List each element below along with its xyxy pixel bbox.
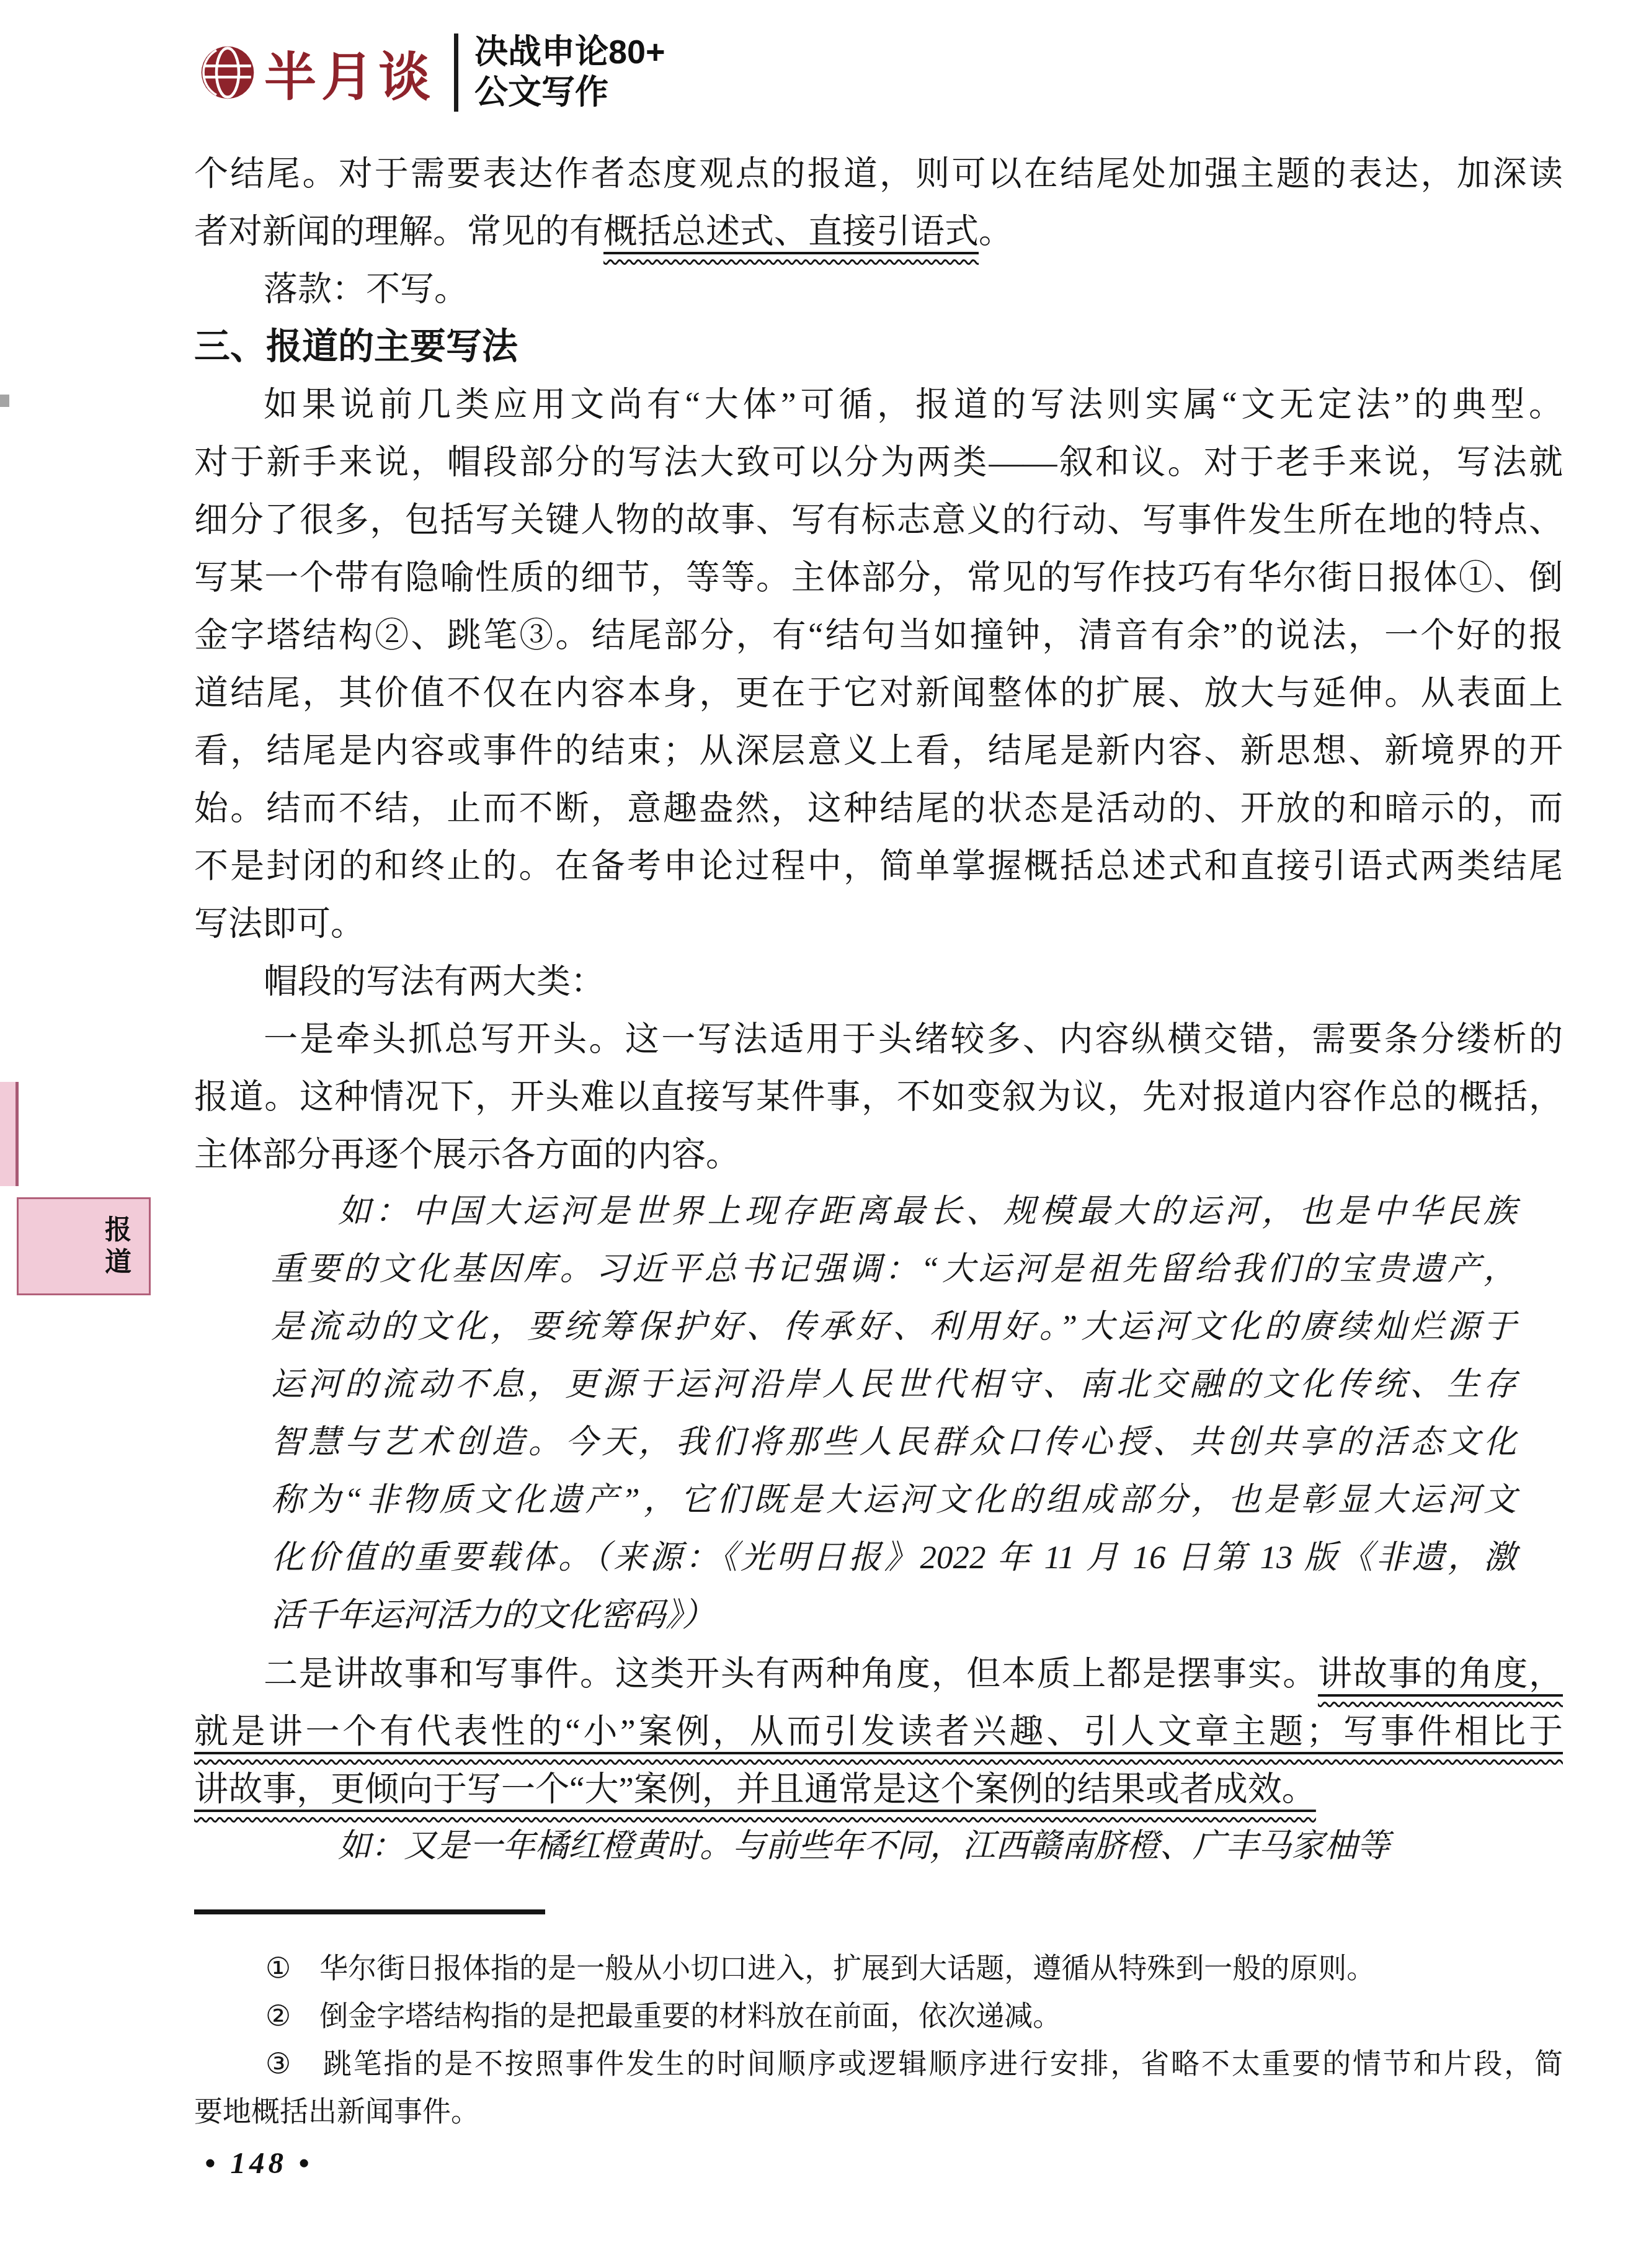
text-line: 是流动的文化，要统筹保护好、传承好、利用好。”大运河文化的赓续灿烂源于 [271,1298,1516,1356]
text-segment: 者对新闻的理解。常见的有 [194,212,603,250]
text-line: 不是封闭的和终止的。在备考申论过程中，简单掌握概括总述式和直接引语式两类结尾 [194,837,1563,895]
section-title: 公文写作 [474,73,665,113]
header-titles: 决战申论80+ 公文写作 [474,32,665,113]
example-canal: 如：中国大运河是世界上现存距离最长、规模最大的运河，也是中华民族重要的文化基因库… [194,1183,1563,1645]
banyuetan-globe-icon [200,45,256,100]
text-segment: 。 [979,212,1013,250]
text-segment: 细分了很多，包括写关键人物的故事、写有标志意义的行动、写事件发生所在地的特点、 [194,501,1563,538]
text-segment: 写法即可。 [194,904,365,942]
text-line: 就是讲一个有代表性的“小”案例，从而引发读者兴趣、引人文章主题；写事件相比于 [194,1702,1563,1760]
text-segment: 报道。这种情况下，开头难以直接写某件事，不如变叙为议，先对报道内容作总的概括， [194,1078,1563,1115]
text-line: 三、报道的主要写法 [194,318,1563,375]
text-line: 运河的流动不息，更源于运河沿岸人民世代相守、南北交融的文化传统、生存 [271,1356,1516,1414]
book-page: 半月谈 决战申论80+ 公文写作 报 道 个结尾。对于需要表达作者态度观点的报道… [0,0,1646,2268]
text-segment: 化价值的重要载体。（来源：《光明日报》2022 年 11 月 16 日第 13 … [271,1540,1516,1576]
text-line: 化价值的重要载体。（来源：《光明日报》2022 年 11 月 16 日第 13 … [271,1529,1516,1587]
brand-logo-text: 半月谈 [264,35,435,110]
text-segment: 二是讲故事和写事件。这类开头有两种角度，但本质上都是摆事实。 [264,1654,1318,1692]
text-segment: 智慧与艺术创造。今天，我们将那些人民群众口传心授、共创共享的活态文化 [271,1424,1516,1460]
emphasized-text: 就是讲一个有代表性的“小”案例，从而引发读者兴趣、引人文章主题；写事件相比于 [194,1712,1563,1750]
text-segment: ① 华尔街日报体指的是一般从小切口进入，扩展到大话题，遵循从特殊到一般的原则。 [265,1952,1375,1984]
text-segment: 写某一个带有隐喻性质的细节，等等。主体部分，常见的写作技巧有华尔街日报体①、倒 [194,558,1563,596]
text-line: 要地概括出新闻事件。 [194,2087,1563,2135]
text-segment: 金字塔结构②、跳笔③。结尾部分，有“结句当如撞钟，清音有余”的说法，一个好的报 [194,616,1563,654]
para-opening: 个结尾。对于需要表达作者态度观点的报道，则可以在结尾处加强主题的表达，加深读者对… [194,145,1563,318]
page-number: • 148 • [205,2145,313,2181]
text-line: 细分了很多，包括写关键人物的故事、写有标志意义的行动、写事件发生所在地的特点、 [194,491,1563,548]
text-segment: 始。结而不结，止而不断，意趣盎然，这种结尾的状态是活动的、开放的和暗示的，而 [194,789,1563,827]
text-segment: 如果说前几类应用文尚有“大体”可循，报道的写法则实属“文无定法”的典型。 [264,385,1563,423]
para-type-two: 二是讲故事和写事件。这类开头有两种角度，但本质上都是摆事实。讲故事的角度，就是讲… [194,1645,1563,1818]
text-segment: 活千年运河活力的文化密码》） [271,1597,715,1633]
text-segment: 运河的流动不息，更源于运河沿岸人民世代相守、南北交融的文化传统、生存 [271,1367,1516,1403]
footnote-separator [194,1909,545,1914]
text-line: 始。结而不结，止而不断，意趣盎然，这种结尾的状态是活动的、开放的和暗示的，而 [194,779,1563,837]
para-writing-methods: 如果说前几类应用文尚有“大体”可循，报道的写法则实属“文无定法”的典型。对于新手… [194,375,1563,952]
text-segment: 称为“非物质文化遗产”，它们既是大运河文化的组成部分，也是彰显大运河文 [271,1482,1516,1518]
text-line: 如：又是一年橘红橙黄时。与前些年不同，江西赣南脐橙、广丰马家柚等 [271,1818,1516,1875]
emphasized-text: 讲故事，更倾向于写一个“大”案例，并且通常是这个案例的结果或者成效。 [194,1770,1316,1808]
text-line: 主体部分再逐个展示各方面的内容。 [194,1125,1563,1183]
text-segment: 一是牵头抓总写开头。这一写法适用于头绪较多、内容纵横交错，需要条分缕析的 [264,1020,1563,1058]
text-segment: 个结尾。对于需要表达作者态度观点的报道，则可以在结尾处加强主题的表达，加深读 [194,154,1563,192]
para-two-types: 帽段的写法有两大类： [194,952,1563,1010]
text-line: 道结尾，其价值不仅在内容本身，更在于它对新闻整体的扩展、放大与延伸。从表面上 [194,664,1563,721]
text-line: 称为“非物质文化遗产”，它们既是大运河文化的组成部分，也是彰显大运河文 [271,1471,1516,1529]
emphasized-text: 讲故事的角度， [1318,1654,1563,1692]
text-line: 看，结尾是内容或事件的结束；从深层意义上看，结尾是新内容、新思想、新境界的开 [194,721,1563,779]
text-line: 活千年运河活力的文化密码》） [271,1587,1516,1645]
text-line: 智慧与艺术创造。今天，我们将那些人民群众口传心授、共创共享的活态文化 [271,1414,1516,1471]
tab-char: 报 [105,1214,131,1246]
section-heading: 三、报道的主要写法 [194,318,1563,375]
text-line: 报道。这种情况下，开头难以直接写某件事，不如变叙为议，先对报道内容作总的概括， [194,1068,1563,1125]
text-line: 落款：不写。 [194,260,1563,318]
header-divider [454,33,458,112]
text-segment: 落款：不写。 [264,270,468,308]
text-segment: 看，结尾是内容或事件的结束；从深层意义上看，结尾是新内容、新思想、新境界的开 [194,731,1563,769]
text-line: 如：中国大运河是世界上现存距离最长、规模最大的运河，也是中华民族 [271,1183,1516,1241]
text-segment: 如：中国大运河是世界上现存距离最长、规模最大的运河，也是中华民族 [338,1194,1516,1230]
para-type-one: 一是牵头抓总写开头。这一写法适用于头绪较多、内容纵横交错，需要条分缕析的报道。这… [194,1010,1563,1183]
page-header: 半月谈 决战申论80+ 公文写作 [200,32,665,113]
text-line: 如果说前几类应用文尚有“大体”可循，报道的写法则实属“文无定法”的典型。 [194,375,1563,433]
text-segment: 要地概括出新闻事件。 [194,2095,479,2127]
text-line: 讲故事，更倾向于写一个“大”案例，并且通常是这个案例的结果或者成效。 [194,1760,1563,1818]
text-line: ① 华尔街日报体指的是一般从小切口进入，扩展到大话题，遵循从特殊到一般的原则。 [194,1944,1563,1992]
text-segment: ③ 跳笔指的是不按照事件发生的时间顺序或逻辑顺序进行安排，省略不太重要的情节和片… [265,2047,1563,2079]
text-segment: 如：又是一年橘红橙黄时。与前些年不同，江西赣南脐橙、广丰马家柚等 [338,1828,1390,1864]
text-line: 金字塔结构②、跳笔③。结尾部分，有“结句当如撞钟，清音有余”的说法，一个好的报 [194,606,1563,664]
chapter-tab-strip [0,1082,19,1186]
emphasized-text-inner: 讲故事的角度， [1318,1654,1563,1692]
text-segment: 三、报道的主要写法 [194,326,518,367]
document-body: 个结尾。对于需要表达作者态度观点的报道，则可以在结尾处加强主题的表达，加深读者对… [194,145,1563,1875]
text-segment: 不是封闭的和终止的。在备考申论过程中，简单掌握概括总述式和直接引语式两类结尾 [194,847,1563,885]
text-segment: 是流动的文化，要统筹保护好、传承好、利用好。”大运河文化的赓续灿烂源于 [271,1309,1516,1345]
text-segment: 重要的文化基因库。习近平总书记强调：“大运河是祖先留给我们的宝贵遗产， [271,1251,1516,1287]
emphasized-text: 概括总述式、直接引语式 [603,212,979,250]
chapter-tab-baodao: 报 道 [17,1197,151,1295]
text-line: 写某一个带有隐喻性质的细节，等等。主体部分，常见的写作技巧有华尔街日报体①、倒 [194,548,1563,606]
text-line: 者对新闻的理解。常见的有概括总述式、直接引语式。 [194,202,1563,260]
text-line: ② 倒金字塔结构指的是把最重要的材料放在前面，依次递减。 [194,1992,1563,2040]
text-line: 一是牵头抓总写开头。这一写法适用于头绪较多、内容纵横交错，需要条分缕析的 [194,1010,1563,1068]
text-segment: ② 倒金字塔结构指的是把最重要的材料放在前面，依次递减。 [265,1999,1061,2032]
text-line: 对于新手来说，帽段部分的写法大致可以分为两类——叙和议。对于老手来说，写法就 [194,433,1563,491]
text-segment: 帽段的写法有两大类： [264,962,605,1000]
text-line: 帽段的写法有两大类： [194,952,1563,1010]
text-line: 写法即可。 [194,895,1563,952]
emphasized-text-inner: 就是讲一个有代表性的“小”案例，从而引发读者兴趣、引人文章主题；写事件相比于 [194,1712,1563,1750]
footnotes: ① 华尔街日报体指的是一般从小切口进入，扩展到大话题，遵循从特殊到一般的原则。②… [194,1944,1563,2135]
text-line: 二是讲故事和写事件。这类开头有两种角度，但本质上都是摆事实。讲故事的角度， [194,1645,1563,1702]
text-segment: 道结尾，其价值不仅在内容本身，更在于它对新闻整体的扩展、放大与延伸。从表面上 [194,674,1563,712]
series-title: 决战申论80+ [474,32,665,73]
text-line: 个结尾。对于需要表达作者态度观点的报道，则可以在结尾处加强主题的表达，加深读 [194,145,1563,202]
emphasized-text-inner: 讲故事，更倾向于写一个“大”案例，并且通常是这个案例的结果或者成效。 [194,1770,1316,1808]
text-segment: 主体部分再逐个展示各方面的内容。 [194,1135,740,1173]
scan-edge-mark [0,395,9,407]
tab-char: 道 [105,1246,131,1279]
text-line: ③ 跳笔指的是不按照事件发生的时间顺序或逻辑顺序进行安排，省略不太重要的情节和片… [194,2040,1563,2087]
example-oranges: 如：又是一年橘红橙黄时。与前些年不同，江西赣南脐橙、广丰马家柚等 [194,1818,1563,1875]
text-line: 重要的文化基因库。习近平总书记强调：“大运河是祖先留给我们的宝贵遗产， [271,1241,1516,1298]
text-segment: 对于新手来说，帽段部分的写法大致可以分为两类——叙和议。对于老手来说，写法就 [194,443,1563,481]
emphasized-text-inner: 概括总述式、直接引语式 [603,212,979,250]
